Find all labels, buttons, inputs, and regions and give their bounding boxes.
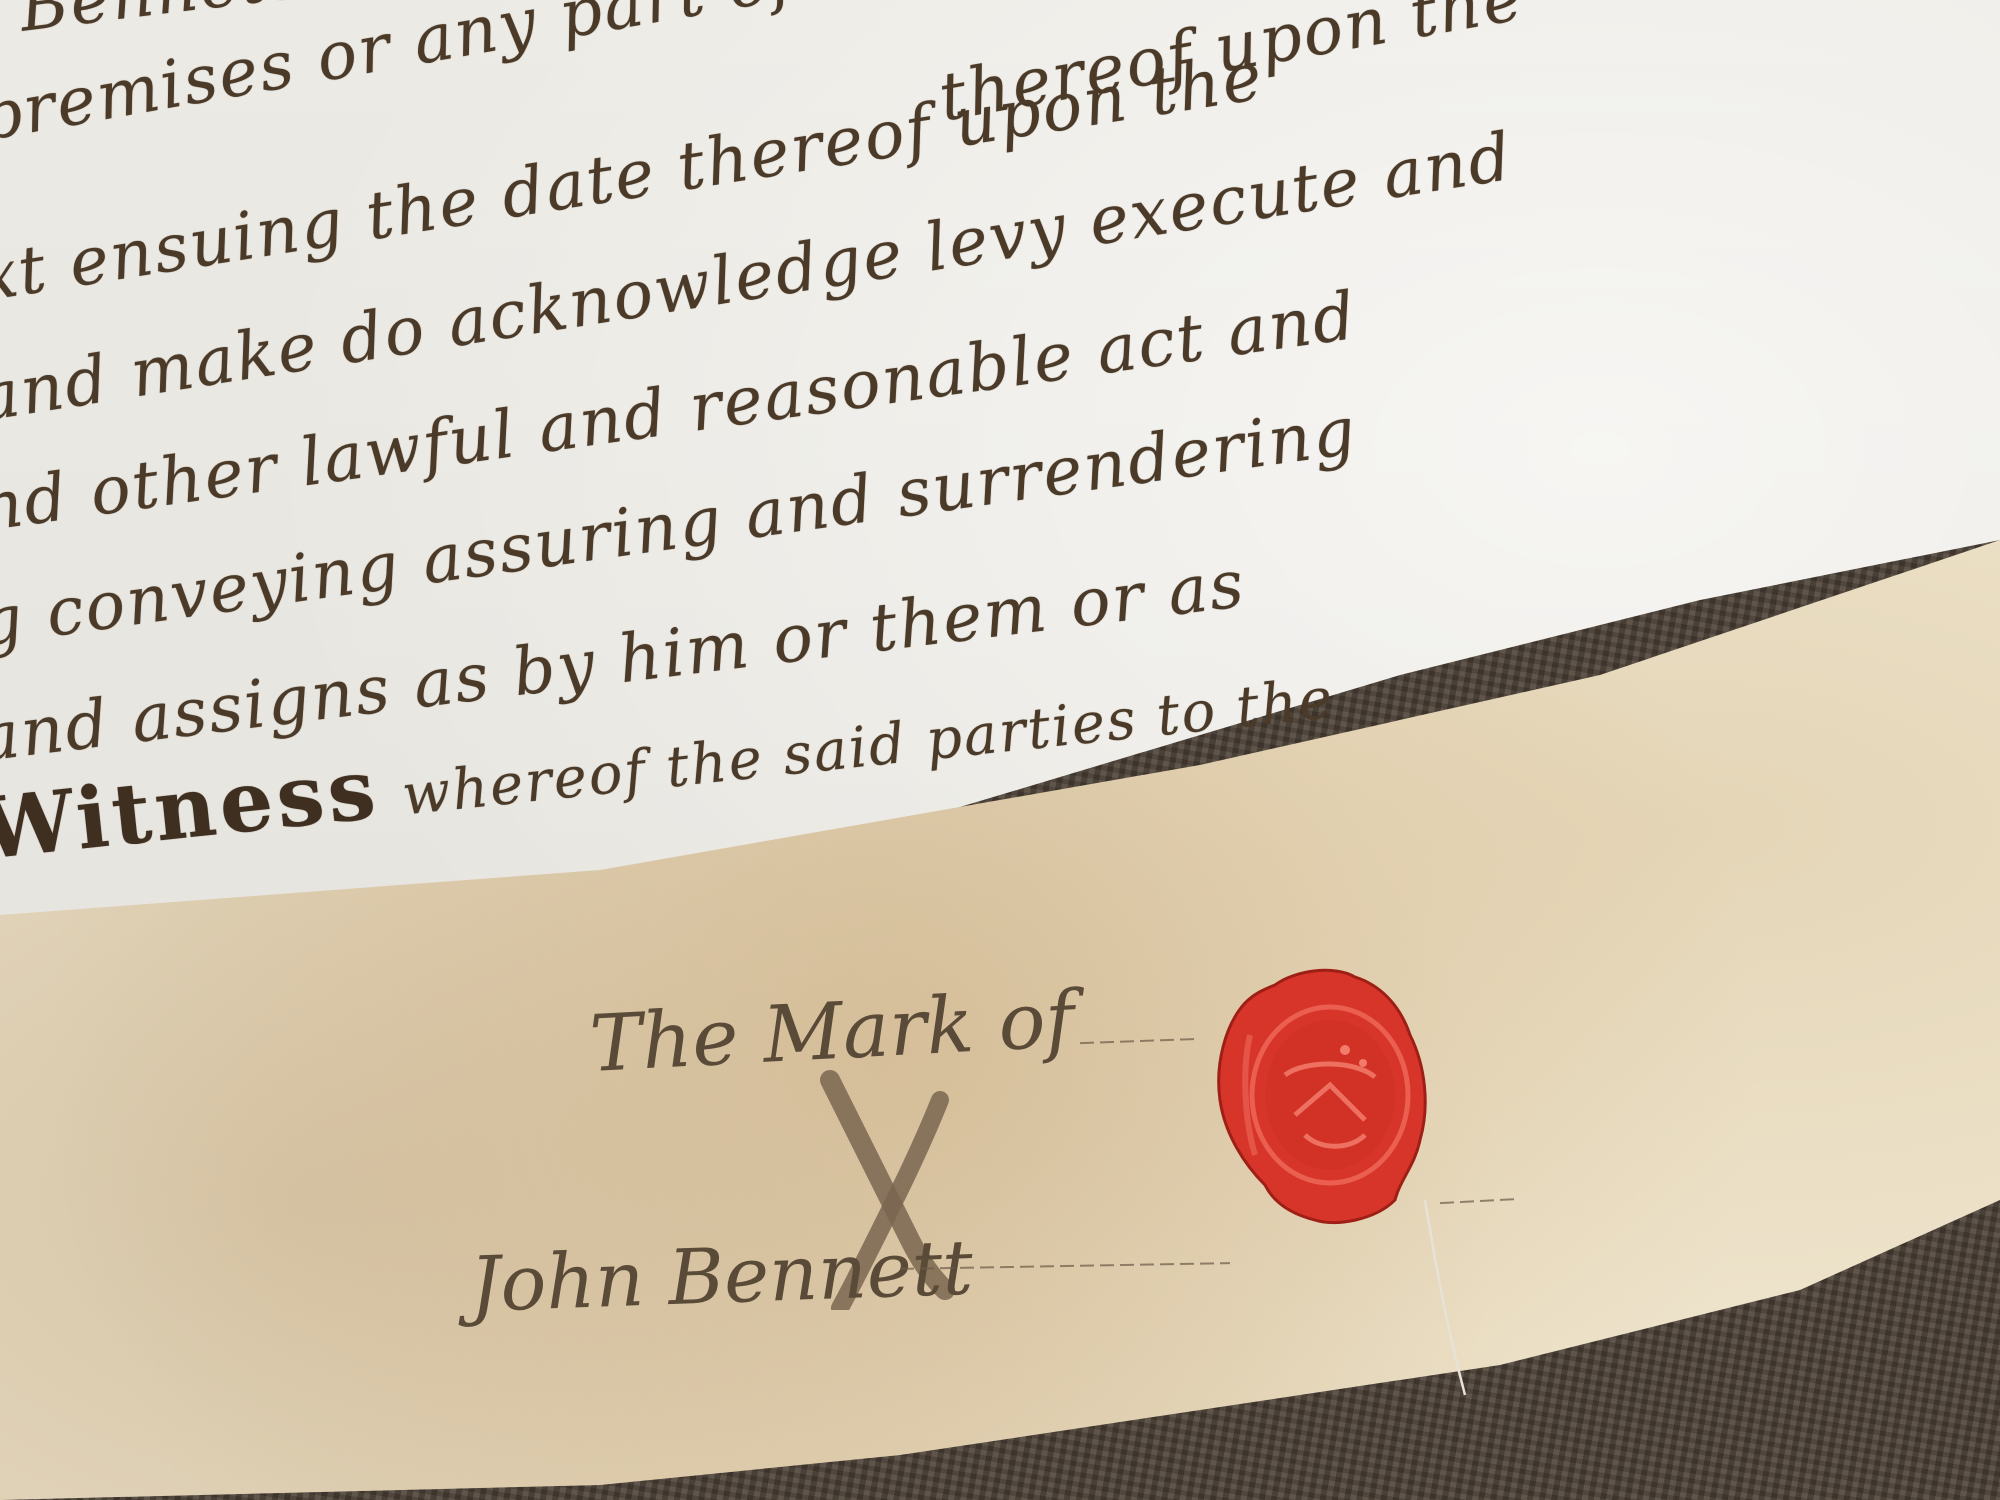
signer-name: John Bennett (468, 1222, 974, 1329)
document-photo: Bennett premises or any part of thereof … (0, 0, 2000, 1500)
seal-thread (1420, 1200, 1480, 1400)
wax-seal-icon (1205, 965, 1435, 1235)
